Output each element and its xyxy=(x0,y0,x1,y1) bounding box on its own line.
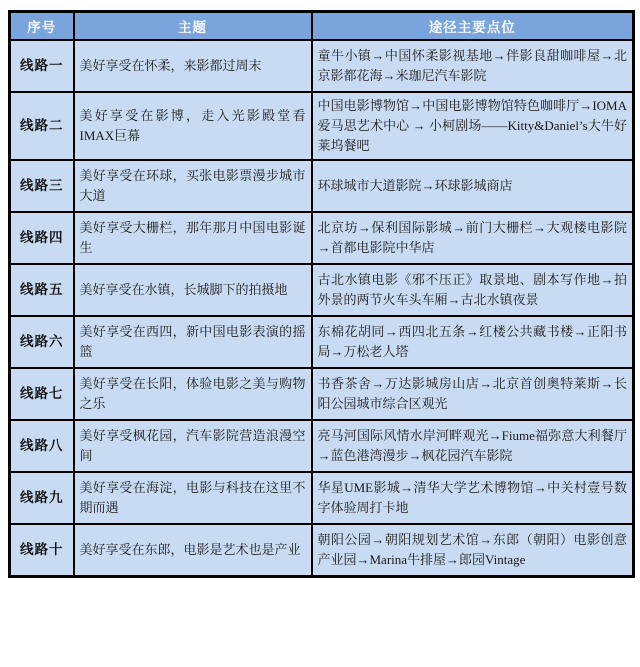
table-row: 线路八 美好享受枫花园，汽车影院营造浪漫空间 亮马河国际风情水岸河畔观光→Fiu… xyxy=(10,420,634,472)
route-theme: 美好享受在长阳，体验电影之美与购物之乐 xyxy=(74,368,312,420)
route-id: 线路四 xyxy=(10,212,74,264)
route-theme: 美好享受枫花园，汽车影院营造浪漫空间 xyxy=(74,420,312,472)
route-points: 环球城市大道影院→环球影城商店 xyxy=(312,160,634,212)
route-theme: 美好享受在西四，新中国电影表演的摇篮 xyxy=(74,316,312,368)
route-id: 线路十 xyxy=(10,524,74,576)
route-theme: 美好享受大栅栏，那年那月中国电影诞生 xyxy=(74,212,312,264)
table-row: 线路十 美好享受在东郎，电影是艺术也是产业 朝阳公园→朝阳规划艺术馆→东郎（朝阳… xyxy=(10,524,634,576)
header-cell-theme: 主题 xyxy=(74,12,312,41)
route-id: 线路九 xyxy=(10,472,74,524)
table-row: 线路七 美好享受在长阳，体验电影之美与购物之乐 书香茶舍→万达影城房山店→北京首… xyxy=(10,368,634,420)
route-points: 亮马河国际风情水岸河畔观光→Fiume福弥意大利餐厅→蓝色港湾漫步→枫花园汽车影… xyxy=(312,420,634,472)
route-points: 古北水镇电影《邪不压正》取景地、剧本写作地→拍外景的两节火车头车厢→古北水镇夜景 xyxy=(312,264,634,316)
movie-routes-table: 序号 主题 途径主要点位 线路一 美好享受在怀柔，来影都过周末 童牛小镇→中国怀… xyxy=(8,10,635,578)
page: 序号 主题 途径主要点位 线路一 美好享受在怀柔，来影都过周末 童牛小镇→中国怀… xyxy=(0,0,640,667)
route-points: 北京坊→保利国际影城→前门大栅栏→大观楼电影院→首都电影院中华店 xyxy=(312,212,634,264)
table-row: 线路四 美好享受大栅栏，那年那月中国电影诞生 北京坊→保利国际影城→前门大栅栏→… xyxy=(10,212,634,264)
route-theme: 美好享受在海淀，电影与科技在这里不期而遇 xyxy=(74,472,312,524)
table-row: 线路六 美好享受在西四，新中国电影表演的摇篮 东棉花胡同→西四北五条→红楼公共藏… xyxy=(10,316,634,368)
route-id: 线路三 xyxy=(10,160,74,212)
route-id: 线路五 xyxy=(10,264,74,316)
table-row: 线路二 美好享受在影博，走入光影殿堂看IMAX巨幕 中国电影博物馆→中国电影博物… xyxy=(10,92,634,160)
route-id: 线路六 xyxy=(10,316,74,368)
table-row: 线路五 美好享受在水镇，长城脚下的拍摄地 古北水镇电影《邪不压正》取景地、剧本写… xyxy=(10,264,634,316)
route-id: 线路一 xyxy=(10,40,74,92)
route-theme: 美好享受在水镇，长城脚下的拍摄地 xyxy=(74,264,312,316)
route-points: 华星UME影城→清华大学艺术博物馆→中关村壹号数字体验周打卡地 xyxy=(312,472,634,524)
route-id: 线路二 xyxy=(10,92,74,160)
table-row: 线路三 美好享受在环球，买张电影票漫步城市大道 环球城市大道影院→环球影城商店 xyxy=(10,160,634,212)
route-id: 线路七 xyxy=(10,368,74,420)
route-points: 中国电影博物馆→中国电影博物馆特色咖啡厅→IOMA 爱马思艺术中心 → 小柯剧场… xyxy=(312,92,634,160)
route-points: 朝阳公园→朝阳规划艺术馆→东郎（朝阳）电影创意产业园→Marina牛排屋→郎园V… xyxy=(312,524,634,576)
route-points: 童牛小镇→中国怀柔影视基地→伴影良甜咖啡屋→北京影都花海→米珈尼汽车影院 xyxy=(312,40,634,92)
route-theme: 美好享受在东郎，电影是艺术也是产业 xyxy=(74,524,312,576)
header-cell-points: 途径主要点位 xyxy=(312,12,634,41)
table-row: 线路一 美好享受在怀柔，来影都过周末 童牛小镇→中国怀柔影视基地→伴影良甜咖啡屋… xyxy=(10,40,634,92)
header-cell-id: 序号 xyxy=(10,12,74,41)
route-id: 线路八 xyxy=(10,420,74,472)
route-theme: 美好享受在影博，走入光影殿堂看IMAX巨幕 xyxy=(74,92,312,160)
table-row: 线路九 美好享受在海淀，电影与科技在这里不期而遇 华星UME影城→清华大学艺术博… xyxy=(10,472,634,524)
route-points: 东棉花胡同→西四北五条→红楼公共藏书楼→正阳书局→万松老人塔 xyxy=(312,316,634,368)
table-header-row: 序号 主题 途径主要点位 xyxy=(10,12,634,41)
route-theme: 美好享受在环球，买张电影票漫步城市大道 xyxy=(74,160,312,212)
route-theme: 美好享受在怀柔，来影都过周末 xyxy=(74,40,312,92)
route-points: 书香茶舍→万达影城房山店→北京首创奥特莱斯→长阳公园城市综合区观光 xyxy=(312,368,634,420)
